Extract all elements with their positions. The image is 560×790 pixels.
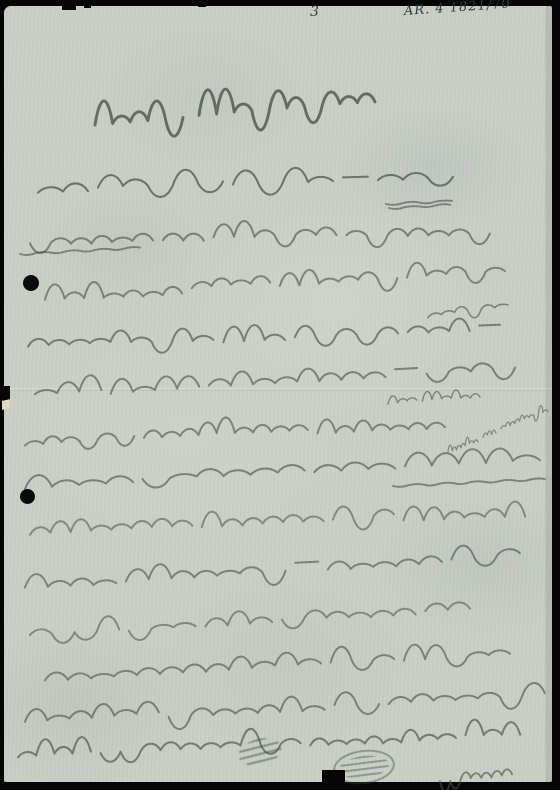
vertical-crease	[316, 6, 318, 146]
horizontal-fold-crease	[4, 388, 552, 391]
fold-paper-sliver	[2, 399, 10, 410]
stamp-text-lines	[338, 753, 390, 781]
frame-notch-bottom	[322, 770, 345, 790]
paper	[4, 6, 552, 782]
page-number: 3	[310, 4, 319, 20]
frame-nub	[84, 0, 91, 8]
punch-hole-top	[23, 275, 39, 291]
frame-nub	[62, 0, 76, 10]
punch-hole-bottom	[20, 489, 35, 504]
frame-nub	[198, 0, 206, 7]
scanned-letter-page: 3 AR. 4 1821/70	[0, 0, 560, 790]
